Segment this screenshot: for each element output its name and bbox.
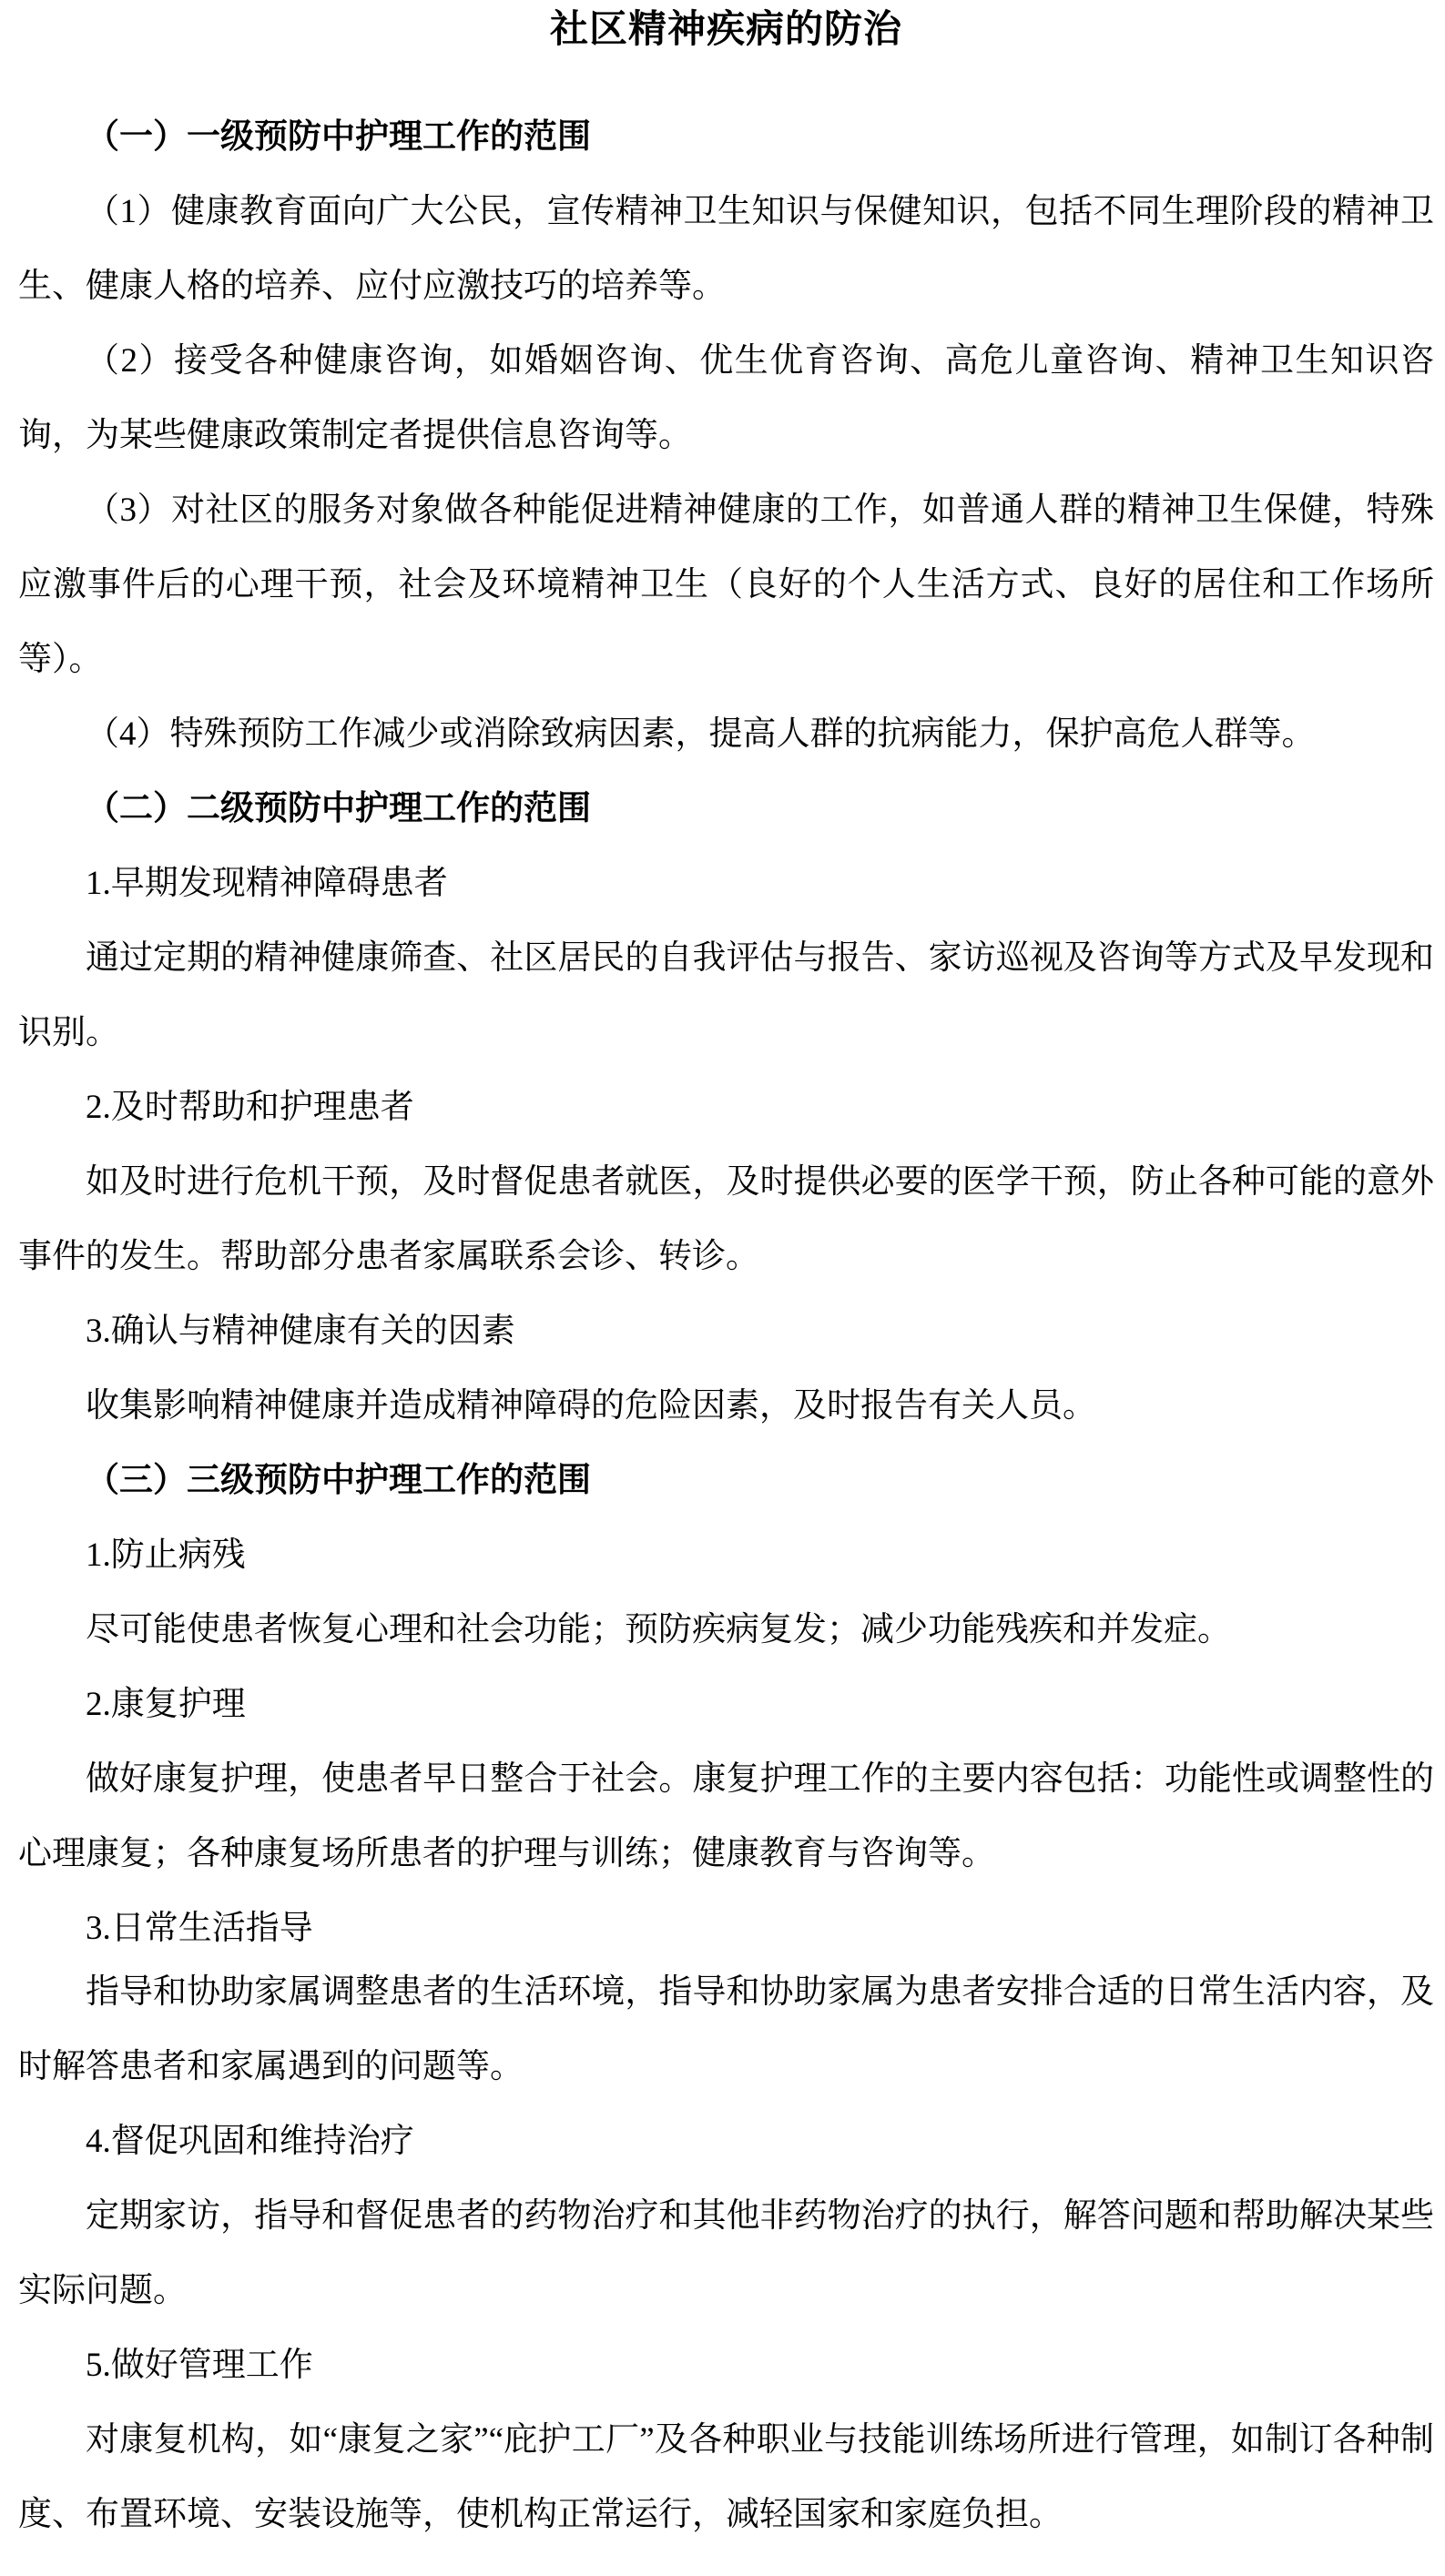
paragraph: （2）接受各种健康咨询，如婚姻咨询、优生优育咨询、高危儿童咨询、精神卫生知识咨询… — [18, 324, 1434, 473]
paragraph: 如及时进行危机干预，及时督促患者就医，及时提供必要的医学干预，防止各种可能的意外… — [18, 1145, 1434, 1294]
paragraph: （4）特殊预防工作减少或消除致病因素，提高人群的抗病能力，保护高危人群等。 — [18, 697, 1434, 772]
list-item-title: 3.确认与精神健康有关的因素 — [18, 1294, 1434, 1369]
paragraph: 指导和协助家属调整患者的生活环境，指导和协助家属为患者安排合适的日常生活内容，及… — [18, 1955, 1434, 2104]
paragraph: 通过定期的精神健康筛查、社区居民的自我评估与报告、家访巡视及咨询等方式及早发现和… — [18, 921, 1434, 1070]
section-heading-3: （三）三级预防中护理工作的范围 — [18, 1444, 1434, 1518]
paragraph: （3）对社区的服务对象做各种能促进精神健康的工作，如普通人群的精神卫生保健，特殊… — [18, 473, 1434, 697]
list-item-title: 4.督促巩固和维持治疗 — [18, 2104, 1434, 2179]
paragraph: 尽可能使患者恢复心理和社会功能；预防疾病复发；减少功能残疾和并发症。 — [18, 1593, 1434, 1668]
list-item-title: 1.防止病残 — [18, 1518, 1434, 1593]
paragraph: 做好康复护理，使患者早日整合于社会。康复护理工作的主要内容包括：功能性或调整性的… — [18, 1742, 1434, 1891]
list-item-title: 1.早期发现精神障碍患者 — [18, 847, 1434, 921]
paragraph: 对康复机构，如“康复之家”“庇护工厂”及各种职业与技能训练场所进行管理，如制订各… — [18, 2403, 1434, 2552]
section-heading-1: （一）一级预防中护理工作的范围 — [18, 100, 1434, 175]
list-item-title: 2.及时帮助和护理患者 — [18, 1070, 1434, 1145]
list-item-title: 5.做好管理工作 — [18, 2328, 1434, 2403]
document-page: 社区精神疾病的防治 （一）一级预防中护理工作的范围 （1）健康教育面向广大公民，… — [0, 0, 1445, 2576]
paragraph: （1）健康教育面向广大公民，宣传精神卫生知识与保健知识，包括不同生理阶段的精神卫… — [18, 175, 1434, 324]
document-title: 社区精神疾病的防治 — [18, 0, 1434, 60]
list-item-title: 2.康复护理 — [18, 1668, 1434, 1742]
section-heading-2: （二）二级预防中护理工作的范围 — [18, 772, 1434, 847]
paragraph: 收集影响精神健康并造成精神障碍的危险因素，及时报告有关人员。 — [18, 1369, 1434, 1444]
paragraph: 定期家访，指导和督促患者的药物治疗和其他非药物治疗的执行，解答问题和帮助解决某些… — [18, 2179, 1434, 2328]
